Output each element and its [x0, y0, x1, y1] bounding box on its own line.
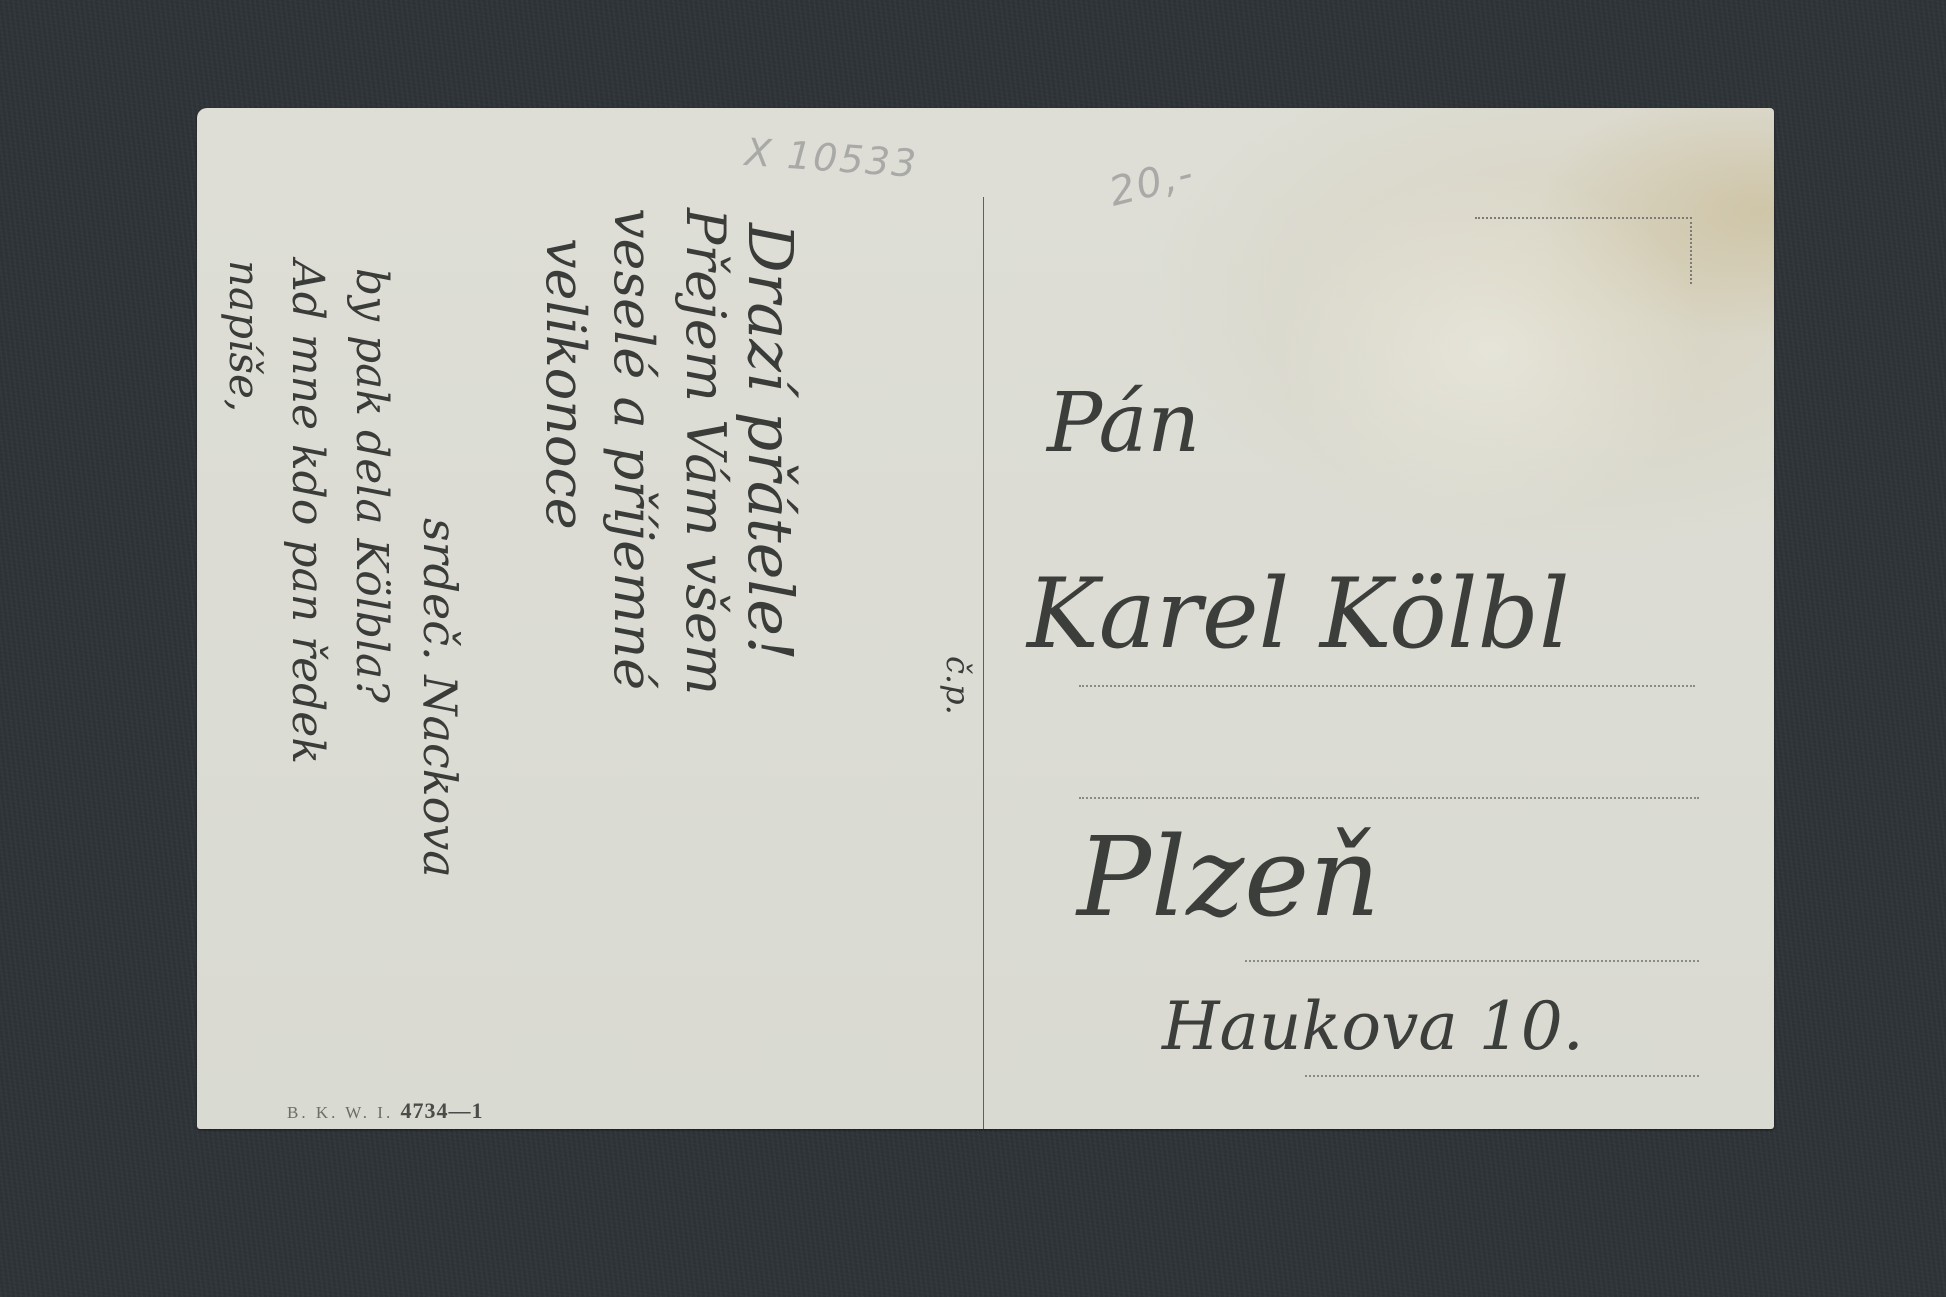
address-city: Plzeň [1077, 813, 1380, 941]
postcard: X 10533 20,- Drazí přátele! Přejem Vám v… [197, 108, 1774, 1129]
publisher-code-prefix: B. K. W. I. [287, 1103, 393, 1122]
address-line-4 [1305, 1075, 1699, 1077]
message-line-6: by pak dela Kölbla? [346, 268, 397, 703]
address-line-3 [1245, 960, 1699, 962]
publisher-code: B. K. W. I. 4734—1 [287, 1098, 483, 1124]
address-name: Karel Kölbl [1027, 558, 1570, 670]
message-line-5: srdeč. Nackova [413, 518, 467, 878]
stamp-box [1475, 217, 1692, 284]
message-line-7: Ad mne kdo pan ředek [282, 260, 333, 764]
message-line-2: Přejem Vám všem [674, 208, 737, 695]
message-line-4: velikonoce [534, 238, 597, 530]
message-note: č.p. [939, 656, 977, 715]
message-line-3: veselé a příjemné [602, 208, 665, 690]
message-line-8: napíše, [220, 260, 269, 412]
pencil-price: 20,- [1105, 150, 1200, 215]
publisher-code-number: 4734—1 [400, 1098, 483, 1123]
center-divider [983, 197, 984, 1129]
address-line-1 [1079, 685, 1695, 687]
message-line-1: Drazí přátele! [734, 223, 807, 661]
pencil-inventory-number: X 10533 [744, 130, 920, 186]
address-street: Haukova 10. [1162, 988, 1584, 1065]
address-line-2 [1079, 797, 1699, 799]
address-salutation: Pán [1047, 376, 1200, 471]
